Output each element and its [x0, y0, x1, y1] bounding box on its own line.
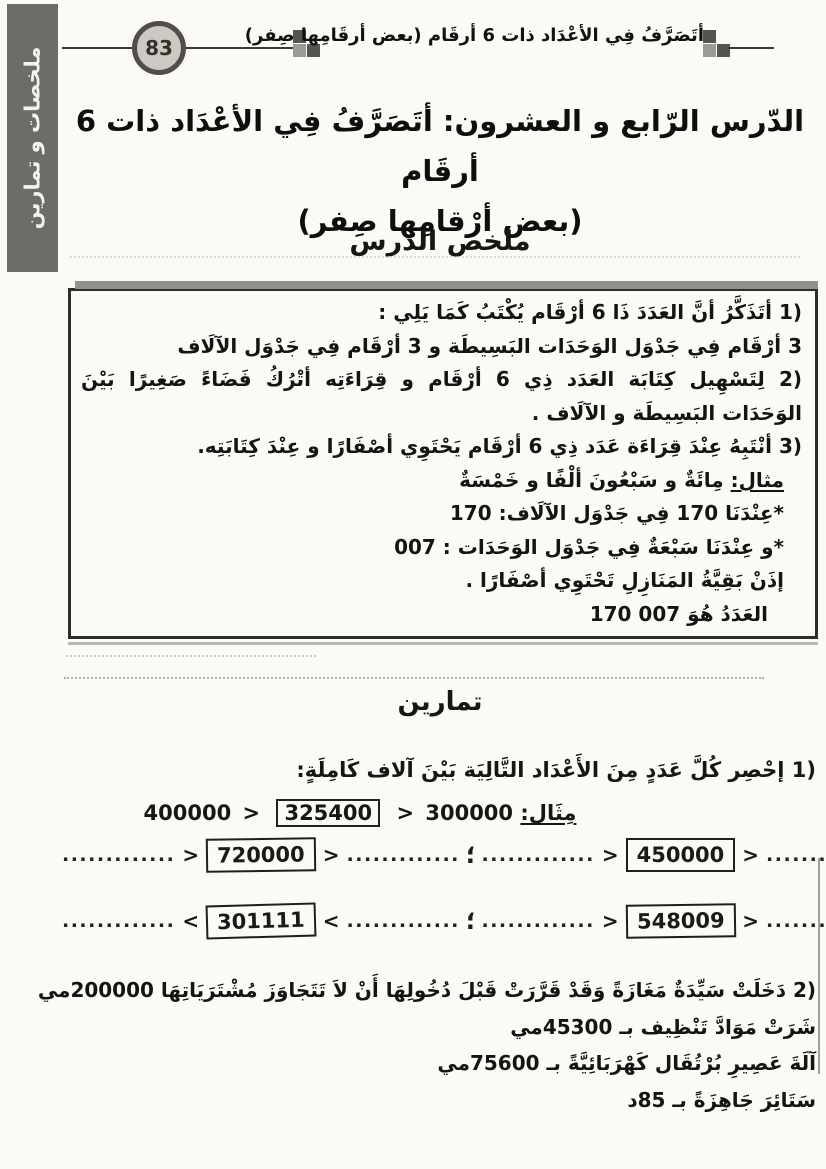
comparison-group: ............. > 720000 > .............	[62, 838, 460, 872]
summary-point-1-detail: 3 أرْقَام فِي جَدْوَل الوَحَدَات البَسِي…	[81, 330, 802, 364]
exercise2-line: سَتَائِرَ جَاهِزَةً بـ 85د	[52, 1082, 816, 1119]
answer-blank: .............	[347, 844, 460, 866]
comparison-sign: >	[742, 909, 759, 933]
lesson-title: الدّرس الرّابع و العشرون: أتَصَرَّفُ فِي…	[60, 96, 820, 246]
exercise2-line: 2) دَخَلَتْ سَيِّدَةٌ مَغَازَةً وَقَدْ ق…	[52, 972, 816, 1009]
answer-blank: .............	[766, 844, 826, 866]
summary-example: مثال: مِائَةٌ و سَبْعُونَ ألْفًا و خَمْس…	[81, 464, 784, 498]
header-rule-mid	[186, 47, 294, 49]
summary-heading: ملخص الدرس	[60, 226, 820, 257]
boxed-number: 301111	[206, 902, 317, 939]
exercises-heading: تمارين	[60, 687, 820, 717]
comparison-sign: >	[243, 801, 261, 825]
header-rule-right	[728, 47, 774, 49]
answer-blank: .............	[766, 910, 826, 932]
answer-blank: .............	[347, 910, 460, 932]
separator-mark: ؛	[466, 841, 476, 869]
example-value-left: 400000	[144, 801, 232, 825]
summary-point-1: 1) أتَذَكَّرُ أنَّ العَدَدَ ذَا 6 أرْقَا…	[81, 296, 802, 330]
exercise-number: 1)	[792, 758, 816, 782]
comparison-group: ............. < 301111 < .............	[62, 904, 460, 938]
running-header-title: أتَصَرَّفُ فِي الأعْدَاد ذات 6 أرقَام (ب…	[245, 25, 704, 46]
point-number: 3)	[779, 434, 802, 458]
answer-blank: .............	[62, 910, 175, 932]
result-number: 170 007	[590, 602, 680, 626]
answer-blank: .............	[482, 844, 595, 866]
comparison-sign: >	[602, 909, 619, 933]
point-number: 2)	[779, 367, 802, 391]
summary-note-3: إذَنْ بَقِيَّةُ المَنَازِلِ تَحْتَوِي أص…	[81, 564, 784, 598]
checker-squares-icon	[703, 30, 731, 58]
boxed-number: 325400	[276, 799, 380, 827]
result-label: العَدَدُ هُوَ	[687, 602, 768, 626]
square-gray-icon	[703, 44, 716, 57]
example-label: مثال:	[731, 468, 784, 492]
exercise2-line: آلَةَ عَصِيرِ بُرْتُقَال كَهْرَبَائِيَّة…	[52, 1045, 816, 1082]
comparison-group: ............. > 450000 > .............	[482, 838, 826, 872]
comparison-sign: >	[182, 843, 199, 867]
answer-blank: .............	[482, 910, 595, 932]
example-value-right: 300000	[425, 801, 513, 825]
page-number: 83	[145, 36, 173, 60]
comparison-group: ............. > 548009 > .............	[482, 904, 826, 938]
exercise-number: 2)	[793, 978, 816, 1002]
scan-artifact-page-edge	[818, 858, 820, 1074]
exercise2-paragraph: 2) دَخَلَتْ سَيِّدَةٌ مَغَازَةً وَقَدْ ق…	[52, 972, 816, 1118]
point-number: 1)	[779, 300, 802, 324]
separator-mark: ؛	[466, 907, 476, 935]
scanned-textbook-page: ملخصات و تمارين 83 أتَصَرَّفُ فِي الأعْد…	[0, 0, 826, 1169]
exercise1-example: مِثَال: 400000 > 325400 > 300000	[60, 799, 660, 827]
summary-note-1: *عِنْدَنَا 170 فِي جَدْوَل الآلَاف: 170	[81, 497, 784, 531]
square-dark-icon	[703, 30, 716, 43]
square-dark-icon	[717, 44, 730, 57]
example-text: مِائَةٌ و سَبْعُونَ ألْفًا و خَمْسَةٌ	[459, 468, 724, 492]
answer-blank: .............	[62, 844, 175, 866]
summary-point-3: 3) أنْتَبِهُ عِنْدَ قِرَاءَة عَدَد ذِي 6…	[81, 430, 802, 464]
side-tab: ملخصات و تمارين	[7, 4, 58, 272]
exercise1-instruction: 1) إحْصِر كُلَّ عَدَدٍ مِنَ الأَعْدَاد ا…	[296, 758, 816, 782]
comparison-sign: >	[602, 843, 619, 867]
exercise1-row: ............. < 301111 < ............. ؛…	[62, 904, 818, 938]
comparison-sign: >	[396, 801, 414, 825]
page-number-circle: 83	[132, 21, 186, 75]
comparison-sign: >	[323, 843, 340, 867]
example-sequence: 400000 > 325400 > 300000	[144, 801, 513, 825]
scan-artifact-dotted-line	[64, 677, 764, 679]
exercise1-row: ............. > 720000 > ............. ؛…	[62, 838, 818, 872]
boxed-number: 450000	[626, 838, 736, 872]
lesson-summary-box: 1) أتَذَكَّرُ أنَّ العَدَدَ ذَا 6 أرْقَا…	[68, 288, 818, 639]
summary-point-2: 2) لِتَسْهِيل كِتَابَة العَدَد ذِي 6 أرْ…	[81, 363, 802, 430]
summary-result: العَدَدُ هُوَ 170 007	[81, 598, 768, 632]
comparison-sign: <	[323, 909, 340, 933]
scan-artifact-dotted-line	[66, 655, 316, 657]
comparison-sign: <	[182, 909, 199, 933]
boxed-number: 548009	[625, 903, 735, 939]
boxed-number: 720000	[206, 837, 316, 873]
summary-note-2: *و عِنْدَنَا سَبْعَةٌ فِي جَدْوَل الوَحَ…	[81, 531, 784, 565]
example-label: مِثَال:	[520, 801, 576, 825]
side-tab-label: ملخصات و تمارين	[21, 47, 45, 230]
lesson-title-line1: الدّرس الرّابع و العشرون: أتَصَرَّفُ فِي…	[60, 96, 820, 196]
exercise2-line: شَرَتْ مَوَادَّ تَنْظِيف بـ 45300مي	[52, 1009, 816, 1046]
header-rule-left	[62, 47, 133, 49]
comparison-sign: >	[742, 843, 759, 867]
